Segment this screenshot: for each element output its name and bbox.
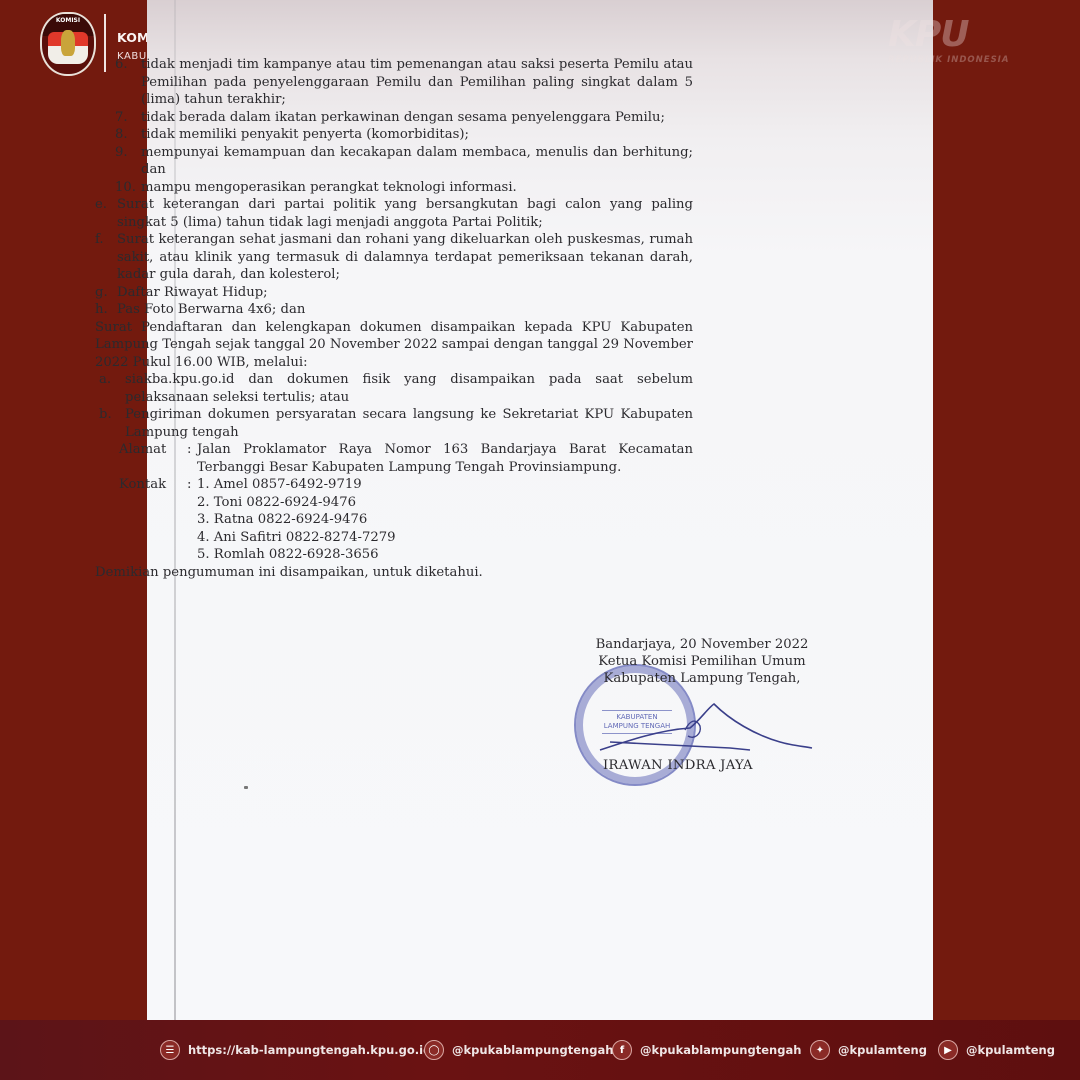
submission-paragraph: Surat Pendaftaran dan kelengkapan dokume… (95, 319, 693, 372)
youtube-text: @kpulamteng (966, 1043, 1055, 1057)
item-number: b. (99, 406, 112, 424)
item-text: tidak memiliki penyakit penyerta (komorb… (141, 127, 469, 142)
kpu-watermark-sub: REPUBLIK INDONESIA (888, 55, 1009, 65)
lettered-item: g.Daftar Riwayat Hidup; (95, 284, 693, 302)
instagram-text: @kpukablampungtengah (452, 1043, 613, 1057)
item-text: tidak menjadi tim kampanye atau tim peme… (141, 57, 693, 107)
item-number: 8. (115, 126, 128, 144)
item-number: 6. (115, 56, 128, 74)
footer-instagram-link[interactable]: ◯ @kpukablampungtengah (424, 1020, 613, 1080)
item-number: 7. (115, 109, 128, 127)
globe-icon: ☰ (160, 1040, 180, 1060)
item-number: h. (95, 301, 108, 319)
item-text: Surat keterangan dari partai politik yan… (117, 197, 693, 230)
contact-label: Kontak (119, 476, 187, 564)
submission-methods-list: a.siakba.kpu.go.id dan dokumen fisik yan… (95, 371, 693, 441)
method-item: a.siakba.kpu.go.id dan dokumen fisik yan… (99, 371, 693, 406)
contact-separator: : (187, 476, 197, 564)
item-number: g. (95, 284, 108, 302)
facebook-text: @kpukablampungtengah (640, 1043, 801, 1057)
place-date: Bandarjaya, 20 November 2022 (582, 636, 822, 653)
address-separator: : (187, 441, 197, 476)
twitter-icon: ✦ (810, 1040, 830, 1060)
signer-name: IRAWAN INDRA JAYA (603, 758, 753, 773)
contact-row: Kontak : 1. Amel 0857-6492-97192. Toni 0… (119, 476, 693, 564)
handwritten-signature (590, 690, 820, 760)
contact-list: 1. Amel 0857-6492-97192. Toni 0822-6924-… (197, 476, 693, 564)
youtube-icon: ▶ (938, 1040, 958, 1060)
numbered-item: 7.tidak berada dalam ikatan perkawinan d… (95, 109, 693, 127)
footer-bar: ☰ https://kab-lampungtengah.kpu.go.id ◯ … (0, 1020, 1080, 1080)
signature-block: Bandarjaya, 20 November 2022 Ketua Komis… (582, 636, 822, 687)
closing-text: Demikian pengumuman ini disampaikan, unt… (95, 564, 693, 582)
item-text: mempunyai kemampuan dan kecakapan dalam … (141, 145, 693, 178)
method-item: b.Pengiriman dokumen persyaratan secara … (99, 406, 693, 441)
contact-item: 2. Toni 0822-6924-9476 (197, 494, 693, 512)
item-number: 9. (115, 144, 128, 162)
address-row: Alamat : Jalan Proklamator Raya Nomor 16… (119, 441, 693, 476)
contact-item: 3. Ratna 0822-6924-9476 (197, 511, 693, 529)
contact-item: 5. Romlah 0822-6928-3656 (197, 546, 693, 564)
facebook-icon: f (612, 1040, 632, 1060)
logo-text: KOMISI (42, 17, 94, 24)
item-number: e. (95, 196, 107, 214)
twitter-text: @kpulamteng (838, 1043, 927, 1057)
item-number: f. (95, 231, 104, 249)
footer-twitter-link[interactable]: ✦ @kpulamteng (810, 1020, 927, 1080)
footer-youtube-link[interactable]: ▶ @kpulamteng (938, 1020, 1055, 1080)
item-text: Pengiriman dokumen persyaratan secara la… (125, 407, 693, 440)
paper-speck (244, 786, 248, 789)
kpu-watermark: KPU (888, 14, 969, 55)
requirements-lettered-list: e.Surat keterangan dari partai politik y… (95, 196, 693, 319)
item-text: siakba.kpu.go.id dan dokumen fisik yang … (125, 372, 693, 405)
item-text: Daftar Riwayat Hidup; (117, 285, 268, 300)
item-text: Pas Foto Berwarna 4x6; dan (117, 302, 305, 317)
item-text: tidak berada dalam ikatan perkawinan den… (141, 110, 665, 125)
footer-facebook-link[interactable]: f @kpukablampungtengah (612, 1020, 801, 1080)
kpu-logo: KOMISI (40, 12, 96, 76)
footer-website-link[interactable]: ☰ https://kab-lampungtengah.kpu.go.id (160, 1020, 431, 1080)
item-text: Surat keterangan sehat jasmani dan rohan… (117, 232, 693, 282)
numbered-item: 8.tidak memiliki penyakit penyerta (komo… (95, 126, 693, 144)
document-body: 6.tidak menjadi tim kampanye atau tim pe… (95, 56, 693, 581)
garuda-icon (61, 30, 75, 56)
item-number: 10. (115, 179, 136, 197)
item-text: mampu mengoperasikan perangkat teknologi… (141, 180, 517, 195)
lettered-item: e.Surat keterangan dari partai politik y… (95, 196, 693, 231)
contact-item: 4. Ani Safitri 0822-8274-7279 (197, 529, 693, 547)
address-label: Alamat (119, 441, 187, 476)
signer-position-line1: Ketua Komisi Pemilihan Umum (582, 653, 822, 670)
instagram-icon: ◯ (424, 1040, 444, 1060)
numbered-item: 10.mampu mengoperasikan perangkat teknol… (95, 179, 693, 197)
signer-position-line2: Kabupaten Lampung Tengah, (582, 670, 822, 687)
requirements-numbered-list: 6.tidak menjadi tim kampanye atau tim pe… (95, 56, 693, 196)
contact-item: 1. Amel 0857-6492-9719 (197, 476, 693, 494)
website-text: https://kab-lampungtengah.kpu.go.id (188, 1043, 431, 1057)
numbered-item: 9.mempunyai kemampuan dan kecakapan dala… (95, 144, 693, 179)
lettered-item: f.Surat keterangan sehat jasmani dan roh… (95, 231, 693, 284)
item-number: a. (99, 371, 111, 389)
lettered-item: h.Pas Foto Berwarna 4x6; dan (95, 301, 693, 319)
numbered-item: 6.tidak menjadi tim kampanye atau tim pe… (95, 56, 693, 109)
address-value: Jalan Proklamator Raya Nomor 163 Bandarj… (197, 441, 693, 476)
